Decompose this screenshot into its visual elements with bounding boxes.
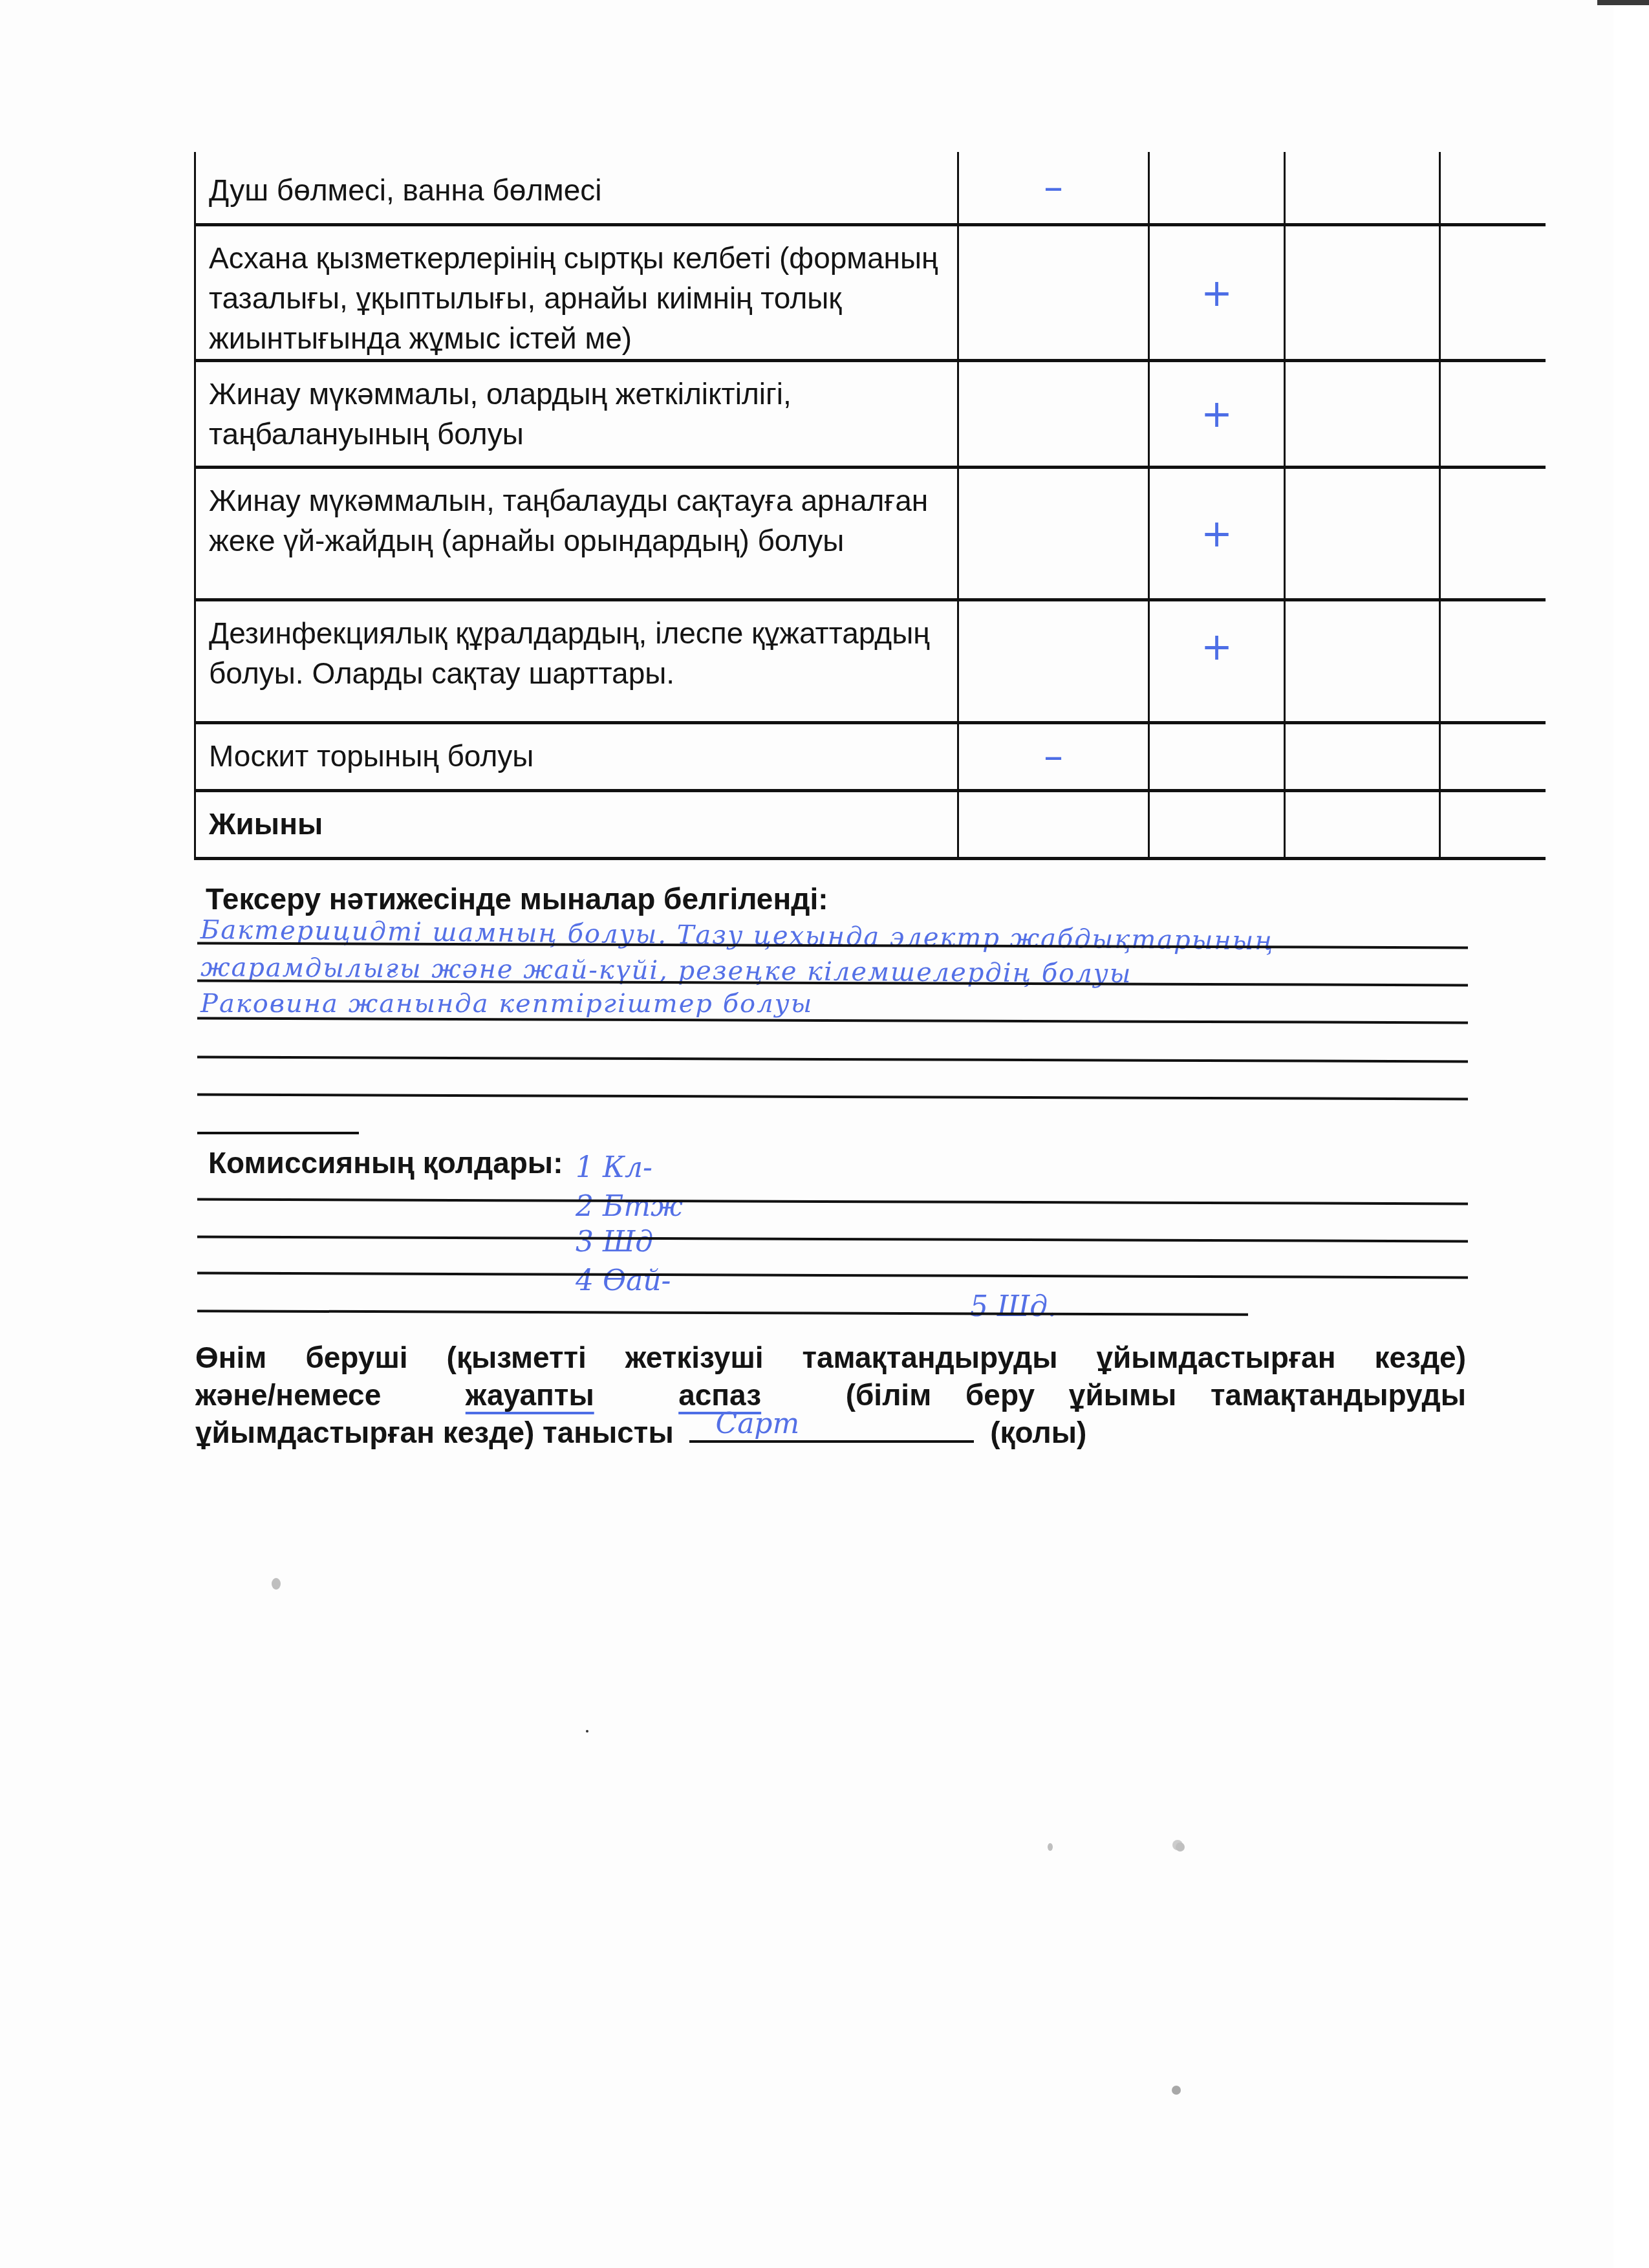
table-row: Жинау мүкәммалы, олардың жеткіліктілігі,…	[194, 362, 1546, 469]
mark-cell	[1439, 469, 1546, 598]
mark-cell: +	[1148, 362, 1284, 466]
table-row: Асхана қызметкерлерінің сыртқы келбеті (…	[194, 226, 1546, 362]
mark-cell	[1284, 601, 1439, 721]
mark-cell	[1439, 152, 1546, 223]
table-row: Жинау мүкәммалын, таңбалауды сақтауға ар…	[194, 469, 1546, 601]
scan-speck	[1048, 1843, 1053, 1851]
scan-speck	[1176, 1842, 1185, 1852]
signature-5: 5 Шд.	[970, 1290, 1057, 1323]
plus-mark: +	[1201, 395, 1233, 433]
mark-cell	[957, 226, 1148, 359]
findings-heading: Тексеру нәтижесінде мыналар белгіленді:	[206, 881, 828, 917]
scan-speck	[272, 1578, 281, 1590]
mark-cell	[1439, 792, 1546, 857]
cook-signature: Сарт	[715, 1405, 799, 1443]
signature-4: 4 Өай-	[576, 1264, 671, 1297]
signature-1: 1 Кл-	[576, 1151, 652, 1184]
ack-text: (білім беру ұйымы тамақтандыруды	[846, 1376, 1466, 1414]
findings-line-3: Раковина жанында кептіргіштер болуы	[200, 987, 813, 1021]
ack-line-1: Өнім беруші (қызметті жеткізуші тамақтан…	[195, 1341, 1466, 1374]
scan-edge-strip	[1613, 0, 1649, 2268]
criterion-cell: Жинау мүкәммалы, олардың жеткіліктілігі,…	[194, 362, 957, 466]
plus-mark: +	[1201, 515, 1233, 552]
mark-cell	[1284, 724, 1439, 789]
commission-heading: Комиссияның қолдары:	[208, 1145, 563, 1181]
minus-mark: –	[1044, 168, 1063, 207]
mark-cell	[1439, 362, 1546, 466]
mark-cell	[957, 601, 1148, 721]
scan-speck	[1172, 2086, 1181, 2095]
total-label: Жиыны	[194, 792, 957, 857]
mark-cell	[957, 362, 1148, 466]
ack-underlined-word: жауапты	[466, 1376, 594, 1414]
criterion-cell: Асхана қызметкерлерінің сыртқы келбеті (…	[194, 226, 957, 359]
table-row-total: Жиыны	[194, 792, 1546, 860]
signature-3: 3 Шд	[576, 1226, 653, 1258]
mark-cell	[1148, 724, 1284, 789]
mark-cell	[1439, 601, 1546, 721]
plus-mark: +	[1201, 274, 1233, 312]
acknowledgement-paragraph: Өнім беруші (қызметті жеткізуші тамақтан…	[195, 1339, 1466, 1451]
mark-cell	[1439, 226, 1546, 359]
signature-caption: (қолы)	[990, 1416, 1086, 1449]
table-row: Дезинфекциялық құралдардың, ілеспе құжат…	[194, 601, 1546, 724]
ruled-line	[197, 1056, 1468, 1063]
ruled-line	[197, 1198, 1468, 1205]
mark-cell: +	[1148, 226, 1284, 359]
table-row: Душ бөлмесі, ванна бөлмесі –	[194, 152, 1546, 226]
ruled-line	[197, 1094, 1468, 1101]
scan-corner-artifact	[1597, 0, 1649, 5]
criterion-cell: Дезинфекциялық құралдардың, ілеспе құжат…	[194, 601, 957, 721]
mark-cell: –	[957, 152, 1148, 223]
table-row: Москит торының болуы –	[194, 724, 1546, 792]
criterion-cell: Жинау мүкәммалын, таңбалауды сақтауға ар…	[194, 469, 957, 598]
mark-cell: +	[1148, 601, 1284, 721]
mark-cell	[1284, 152, 1439, 223]
criterion-cell: Душ бөлмесі, ванна бөлмесі	[194, 152, 957, 223]
checklist-table: Душ бөлмесі, ванна бөлмесі – Асхана қызм…	[194, 152, 1546, 860]
mark-cell	[957, 469, 1148, 598]
scan-speck	[586, 1730, 588, 1733]
ack-text: және/немесе	[195, 1376, 381, 1414]
ruled-line	[197, 1272, 1468, 1279]
criterion-cell: Москит торының болуы	[194, 724, 957, 789]
plus-mark: +	[1201, 628, 1233, 665]
minus-mark: –	[1044, 737, 1063, 776]
ruled-line-short	[197, 1132, 359, 1134]
mark-cell	[1284, 226, 1439, 359]
signature-line: Сарт	[689, 1414, 974, 1443]
mark-cell: –	[957, 724, 1148, 789]
mark-cell	[1439, 724, 1546, 789]
mark-cell	[957, 792, 1148, 857]
mark-cell	[1284, 362, 1439, 466]
ruled-line	[197, 1310, 1248, 1316]
ack-text: ұйымдастырған кезде) танысты	[195, 1416, 674, 1449]
mark-cell	[1148, 152, 1284, 223]
mark-cell	[1284, 469, 1439, 598]
ruled-line	[197, 1017, 1468, 1024]
ruled-line	[197, 1236, 1468, 1243]
signature-2: 2 Бтж	[576, 1190, 683, 1223]
mark-cell	[1284, 792, 1439, 857]
mark-cell: +	[1148, 469, 1284, 598]
mark-cell	[1148, 792, 1284, 857]
